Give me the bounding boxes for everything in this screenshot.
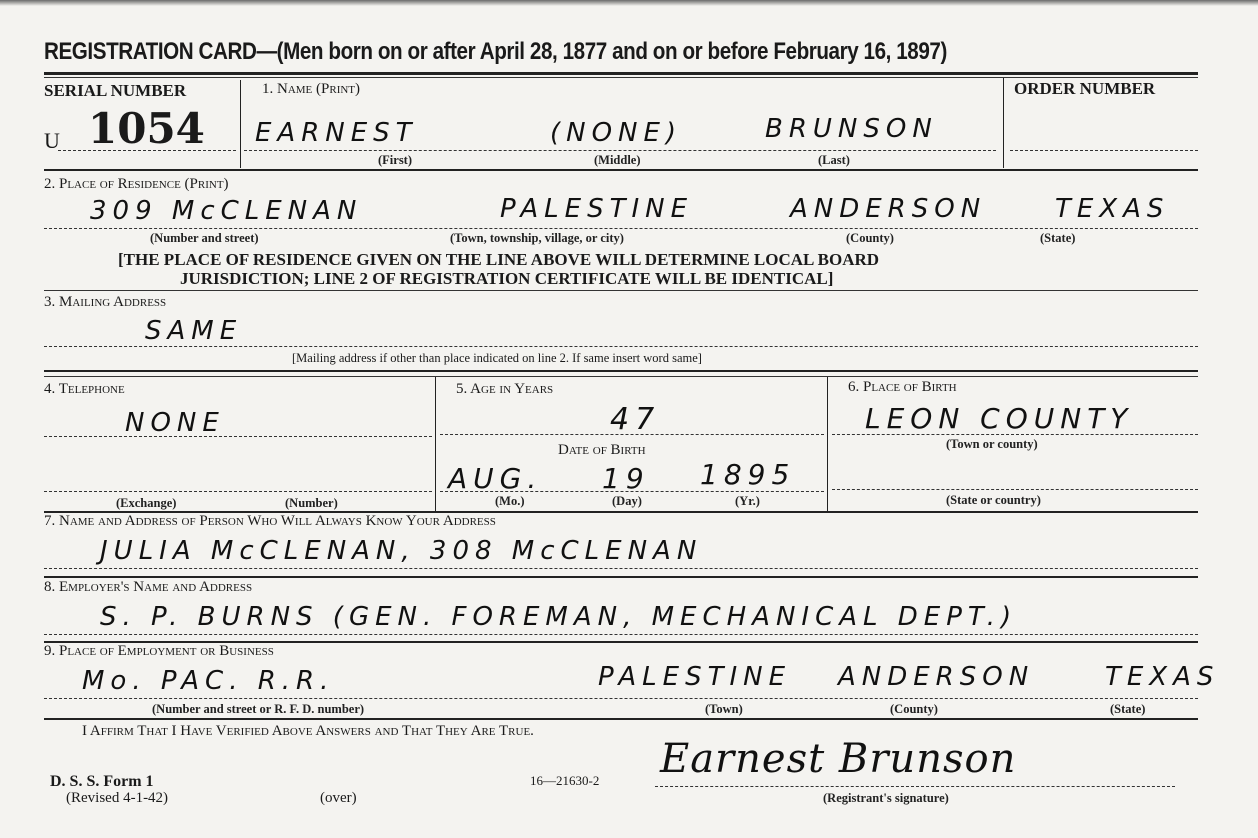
name-last-caption: (Last): [818, 153, 850, 168]
residence-notice-line2: JURISDICTION; LINE 2 OF REGISTRATION CER…: [180, 269, 833, 288]
age-value[interactable]: 47: [610, 402, 660, 437]
name-middle[interactable]: (NONE): [550, 118, 682, 148]
rule: [44, 718, 1198, 720]
residence-label: 2. Place of Residence (Print): [44, 176, 229, 193]
employment-town-caption: (Town): [705, 702, 743, 717]
rule-top: [44, 72, 1198, 75]
serial-number-value[interactable]: 1054: [88, 104, 205, 153]
rule: [44, 576, 1198, 578]
employment-state[interactable]: TEXAS: [1105, 662, 1219, 692]
contact-label: 7. Name and Address of Person Who Will A…: [44, 513, 496, 530]
employer-label: 8. Employer's Name and Address: [44, 579, 252, 596]
name-label: 1. Name (Print): [262, 81, 360, 98]
mailing-line: [44, 346, 1198, 347]
form-name: D. S. S. Form 1: [50, 773, 154, 791]
divider: [827, 377, 828, 511]
telephone-number-caption: (Number): [285, 496, 338, 511]
rule-top-2: [44, 77, 1198, 78]
employment-county[interactable]: ANDERSON: [838, 662, 1034, 692]
telephone-value[interactable]: NONE: [125, 408, 225, 438]
birthplace-state-caption: (State or country): [946, 493, 1041, 508]
employment-label: 9. Place of Employment or Business: [44, 643, 274, 660]
residence-street[interactable]: 309 McCLENAN: [90, 196, 362, 226]
employment-street-caption: (Number and street or R. F. D. number): [152, 702, 364, 717]
residence-state[interactable]: TEXAS: [1055, 194, 1169, 224]
residence-state-caption: (State): [1040, 231, 1075, 246]
birthplace-label: 6. Place of Birth: [848, 379, 957, 396]
affirmation-text: I Affirm That I Have Verified Above Answ…: [82, 723, 534, 740]
form-over: (over): [320, 790, 357, 807]
mailing-value[interactable]: SAME: [145, 316, 242, 346]
scan-edge-shadow: [0, 0, 1258, 6]
name-first-caption: (First): [378, 153, 412, 168]
dob-year-caption: (Yr.): [735, 494, 760, 509]
signature[interactable]: Earnest Brunson: [660, 736, 1016, 782]
rule: [44, 370, 1198, 372]
order-number-line[interactable]: [1010, 150, 1198, 151]
age-label: 5. Age in Years: [456, 381, 553, 398]
name-first[interactable]: EARNEST: [255, 118, 418, 148]
divider: [1003, 78, 1004, 168]
card-title: REGISTRATION CARD—(Men born on or after …: [44, 38, 947, 66]
telephone-line-2: [44, 491, 432, 492]
dob-label: Date of Birth: [558, 442, 646, 459]
employment-line: [44, 698, 1198, 699]
form-revised: (Revised 4-1-42): [66, 790, 168, 807]
employment-street[interactable]: Mo. PAC. R.R.: [82, 666, 334, 696]
dob-month-caption: (Mo.): [495, 494, 525, 509]
telephone-label: 4. Telephone: [44, 381, 125, 398]
employment-county-caption: (County): [890, 702, 938, 717]
employer-line: [44, 634, 1198, 635]
residence-notice-line1: [THE PLACE OF RESIDENCE GIVEN ON THE LIN…: [118, 250, 879, 269]
employer-value[interactable]: S. P. BURNS (GEN. FOREMAN, MECHANICAL DE…: [100, 602, 1017, 632]
contact-value[interactable]: JULIA McCLENAN, 308 McCLENAN: [100, 536, 702, 566]
dob-year[interactable]: 1895: [700, 458, 795, 491]
mailing-caption: [Mailing address if other than place ind…: [292, 351, 702, 366]
print-code: 16—21630-2: [530, 773, 599, 789]
age-line: [440, 434, 824, 435]
residence-street-caption: (Number and street): [150, 231, 259, 246]
name-line: [244, 150, 996, 151]
divider: [435, 377, 436, 511]
signature-caption: (Registrant's signature): [823, 791, 949, 806]
residence-town-caption: (Town, township, village, or city): [450, 231, 624, 246]
dob-line: [440, 491, 824, 492]
residence-line: [44, 228, 1198, 229]
dob-day-caption: (Day): [612, 494, 642, 509]
rule: [44, 376, 1198, 377]
name-middle-caption: (Middle): [594, 153, 641, 168]
signature-line: [655, 786, 1175, 787]
birthplace-town[interactable]: LEON COUNTY: [865, 402, 1133, 435]
birthplace-line-2[interactable]: [832, 489, 1198, 490]
birthplace-town-caption: (Town or county): [946, 437, 1038, 452]
telephone-exchange-caption: (Exchange): [116, 496, 176, 511]
employment-state-caption: (State): [1110, 702, 1145, 717]
telephone-line-1: [44, 436, 432, 437]
serial-line: [58, 150, 236, 151]
order-number-label: ORDER NUMBER: [1014, 79, 1155, 99]
serial-number-label: SERIAL NUMBER: [44, 81, 186, 101]
residence-county-caption: (County): [846, 231, 894, 246]
employment-town[interactable]: PALESTINE: [598, 662, 791, 692]
residence-town[interactable]: PALESTINE: [500, 194, 693, 224]
rule: [44, 169, 1198, 171]
divider: [240, 80, 241, 168]
mailing-label: 3. Mailing Address: [44, 294, 166, 311]
name-last[interactable]: BRUNSON: [765, 114, 938, 144]
contact-line: [44, 568, 1198, 569]
birthplace-line-1: [832, 434, 1198, 435]
residence-county[interactable]: ANDERSON: [790, 194, 986, 224]
rule: [44, 290, 1198, 291]
